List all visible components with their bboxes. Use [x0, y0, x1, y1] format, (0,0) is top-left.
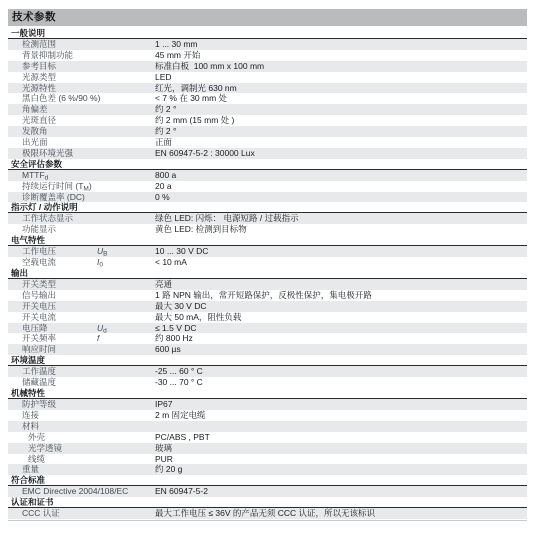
row-value: 2 m 固定电缆: [155, 410, 527, 421]
spec-row: 工作状态显示绿色 LED: 闪烁： 电源短路 / 过载指示: [8, 213, 527, 224]
datasheet-page: 技术参数 一般说明检测范围1 ... 30 mm背景抑制功能45 mm 开始参考…: [0, 0, 555, 521]
row-symbol: [97, 104, 155, 115]
row-symbol: [97, 61, 155, 72]
row-value: EN 60947-5-2: [155, 486, 527, 497]
row-symbol: [97, 312, 155, 323]
row-symbol: [97, 464, 155, 475]
row-symbol: [97, 126, 155, 137]
spec-row: 检测范围1 ... 30 mm: [8, 39, 527, 50]
row-symbol: [97, 115, 155, 126]
section-header: 输出: [8, 268, 527, 279]
spec-row: 光学透镜玻璃: [8, 443, 527, 454]
row-value: 约 2 °: [155, 104, 527, 115]
row-label: 开关类型: [8, 279, 97, 290]
row-label: 光源类型: [8, 72, 97, 83]
table-bottom-divider: [8, 520, 527, 521]
row-value: 1 路 NPN 输出，常开短路保护，反极性保护，集电极开路: [155, 290, 527, 301]
spec-row: 光源特性红光，调制光 630 nm: [8, 83, 527, 94]
spec-row: 电压降Ud≤ 1.5 V DC: [8, 323, 527, 334]
row-label: 极限环境光强: [8, 148, 97, 159]
section-header: 一般说明: [8, 28, 527, 39]
row-value: < 7 % 在 30 mm 处: [155, 93, 527, 104]
row-label: EMC Directive 2004/108/EC: [8, 486, 97, 497]
row-symbol: [97, 50, 155, 61]
row-label: 开关电压: [8, 301, 97, 312]
spec-row: 参考目标标准白板 100 mm x 100 mm: [8, 61, 527, 72]
spec-row: 角偏差约 2 °: [8, 104, 527, 115]
row-symbol: I0: [97, 257, 155, 268]
row-symbol: [97, 93, 155, 104]
row-label: 空载电流: [8, 257, 97, 268]
row-value: 约 2 °: [155, 126, 527, 137]
row-label: 功能显示: [8, 224, 97, 235]
row-value: PC/ABS , PBT: [155, 432, 527, 443]
spec-row: 响应时间600 µs: [8, 344, 527, 355]
row-value: 约 20 g: [155, 464, 527, 475]
spec-row: 黑白色差 (6 %/90 %)< 7 % 在 30 mm 处: [8, 93, 527, 104]
spec-row: 材料: [8, 421, 527, 432]
row-label: 发散角: [8, 126, 97, 137]
row-label: 工作状态显示: [8, 213, 97, 224]
row-value: 800 a: [155, 170, 527, 181]
row-value: 最大工作电压 ≤ 36V 的产品无须 CCC 认证，所以无该标识: [155, 508, 527, 519]
text-part: MTTF: [22, 170, 45, 180]
row-value: 正面: [155, 137, 527, 148]
row-label: 背景抑制功能: [8, 50, 97, 61]
row-label: 持续运行时间 (TM): [8, 181, 97, 192]
page-title: 技术参数: [8, 9, 527, 26]
row-value: 10 ... 30 V DC: [155, 246, 527, 257]
row-label: 开关电流: [8, 312, 97, 323]
row-value: IP67: [155, 399, 527, 410]
row-label: 连接: [8, 410, 97, 421]
spec-table: 一般说明检测范围1 ... 30 mm背景抑制功能45 mm 开始参考目标标准白…: [8, 28, 555, 519]
row-value: 1 ... 30 mm: [155, 39, 527, 50]
spec-row: 发散角约 2 °: [8, 126, 527, 137]
spec-row: 光斑直径约 2 mm (15 mm 处 ): [8, 115, 527, 126]
section-header: 安全评估参数: [8, 159, 527, 170]
row-value: 600 µs: [155, 344, 527, 355]
row-label: 线缆: [8, 454, 97, 465]
row-label: CCC 认证: [8, 508, 97, 519]
italic-symbol-text: f: [97, 333, 99, 343]
section-header: 认证和证书: [8, 497, 527, 508]
row-symbol: [97, 213, 155, 224]
spec-row: 防护等级IP67: [8, 399, 527, 410]
row-symbol: [97, 181, 155, 192]
spec-row: 线缆PUR: [8, 454, 527, 465]
row-label: 电压降: [8, 323, 97, 334]
row-value: 0 %: [155, 192, 527, 203]
spec-row: 开关电压最大 30 V DC: [8, 301, 527, 312]
row-symbol: [97, 137, 155, 148]
row-value: 约 2 mm (15 mm 处 ): [155, 115, 527, 126]
row-symbol: UB: [97, 246, 155, 257]
row-symbol: [97, 377, 155, 388]
row-label: 诊断覆盖率 (DC): [8, 192, 97, 203]
spec-row: 极限环境光强EN 60947-5-2 : 30000 Lux: [8, 148, 527, 159]
spec-row: 空载电流I0< 10 mA: [8, 257, 527, 268]
row-label: 材料: [8, 421, 97, 432]
row-value: EN 60947-5-2 : 30000 Lux: [155, 148, 527, 159]
row-value: -25 ... 60 ° C: [155, 366, 527, 377]
row-symbol: [97, 224, 155, 235]
row-symbol: [97, 508, 155, 519]
row-symbol: [97, 421, 155, 432]
section-header: 环境温度: [8, 355, 527, 366]
row-label: 参考目标: [8, 61, 97, 72]
row-symbol: [97, 486, 155, 497]
spec-row: 开关类型亮通: [8, 279, 527, 290]
spec-row: 光源类型LED: [8, 72, 527, 83]
row-value: 绿色 LED: 闪烁： 电源短路 / 过载指示: [155, 213, 527, 224]
row-label: 信号输出: [8, 290, 97, 301]
row-symbol: [97, 454, 155, 465]
row-label: 工作温度: [8, 366, 97, 377]
spec-row: 出光面正面: [8, 137, 527, 148]
row-value: 45 mm 开始: [155, 50, 527, 61]
row-symbol: [97, 366, 155, 377]
row-label: 角偏差: [8, 104, 97, 115]
row-symbol: [97, 301, 155, 312]
row-value: 红光，调制光 630 nm: [155, 83, 527, 94]
row-symbol: [97, 399, 155, 410]
section-header: 指示灯 / 动作说明: [8, 202, 527, 213]
row-symbol: [97, 39, 155, 50]
row-label: 光源特性: [8, 83, 97, 94]
row-symbol: Ud: [97, 323, 155, 334]
row-label: 防护等级: [8, 399, 97, 410]
row-label: 检测范围: [8, 39, 97, 50]
spec-row: 背景抑制功能45 mm 开始: [8, 50, 527, 61]
subscript-text: 0: [99, 262, 103, 269]
spec-row: CCC 认证最大工作电压 ≤ 36V 的产品无须 CCC 认证，所以无该标识: [8, 508, 527, 519]
spec-row: EMC Directive 2004/108/ECEN 60947-5-2: [8, 486, 527, 497]
row-value: 约 800 Hz: [155, 333, 527, 344]
row-symbol: [97, 443, 155, 454]
row-label: 响应时间: [8, 344, 97, 355]
spec-row: 工作电压UB10 ... 30 V DC: [8, 246, 527, 257]
row-symbol: [97, 432, 155, 443]
spec-row: 信号输出1 路 NPN 输出，常开短路保护，反极性保护，集电极开路: [8, 290, 527, 301]
spec-row: 重量约 20 g: [8, 464, 527, 475]
row-label: MTTFd: [8, 170, 97, 181]
spec-row: 储藏温度-30 ... 70 ° C: [8, 377, 527, 388]
section-header: 机械特性: [8, 388, 527, 399]
row-symbol: [97, 83, 155, 94]
row-value: 最大 30 V DC: [155, 301, 527, 312]
spec-row: 外壳PC/ABS , PBT: [8, 432, 527, 443]
row-symbol: [97, 192, 155, 203]
spec-row: 开关频率f约 800 Hz: [8, 333, 527, 344]
row-symbol: f: [97, 333, 155, 344]
row-label: 外壳: [8, 432, 97, 443]
row-symbol: [97, 290, 155, 301]
row-value: 玻璃: [155, 443, 527, 454]
row-value: ≤ 1.5 V DC: [155, 323, 527, 334]
row-label: 光斑直径: [8, 115, 97, 126]
row-value: PUR: [155, 454, 527, 465]
row-value: LED: [155, 72, 527, 83]
row-value: 20 a: [155, 181, 527, 192]
row-value: -30 ... 70 ° C: [155, 377, 527, 388]
text-part: 持续运行时间 (T: [22, 181, 83, 191]
row-label: 工作电压: [8, 246, 97, 257]
row-label: 储藏温度: [8, 377, 97, 388]
spec-row: 持续运行时间 (TM)20 a: [8, 181, 527, 192]
row-symbol: [97, 72, 155, 83]
row-label: 黑白色差 (6 %/90 %): [8, 93, 97, 104]
spec-row: 功能显示黄色 LED: 检测到目标物: [8, 224, 527, 235]
row-symbol: [97, 410, 155, 421]
row-symbol: [97, 344, 155, 355]
row-label: 光学透镜: [8, 443, 97, 454]
row-symbol: [97, 170, 155, 181]
spec-row: 开关电流最大 50 mA，阻性负载: [8, 312, 527, 323]
text-part: ): [89, 181, 92, 191]
row-label: 开关频率: [8, 333, 97, 344]
spec-row: 诊断覆盖率 (DC)0 %: [8, 192, 527, 203]
spec-row: 工作温度-25 ... 60 ° C: [8, 366, 527, 377]
row-symbol: [97, 148, 155, 159]
row-label: 重量: [8, 464, 97, 475]
section-header: 电气特性: [8, 235, 527, 246]
spec-row: 连接2 m 固定电缆: [8, 410, 527, 421]
row-value: 最大 50 mA，阻性负载: [155, 312, 527, 323]
spec-row: MTTFd800 a: [8, 170, 527, 181]
row-value: 标准白板 100 mm x 100 mm: [155, 61, 527, 72]
row-value: [155, 421, 527, 432]
row-value: 黄色 LED: 检测到目标物: [155, 224, 527, 235]
row-symbol: [97, 279, 155, 290]
row-value: 亮通: [155, 279, 527, 290]
row-value: < 10 mA: [155, 257, 527, 268]
section-header: 符合标准: [8, 475, 527, 486]
row-label: 出光面: [8, 137, 97, 148]
